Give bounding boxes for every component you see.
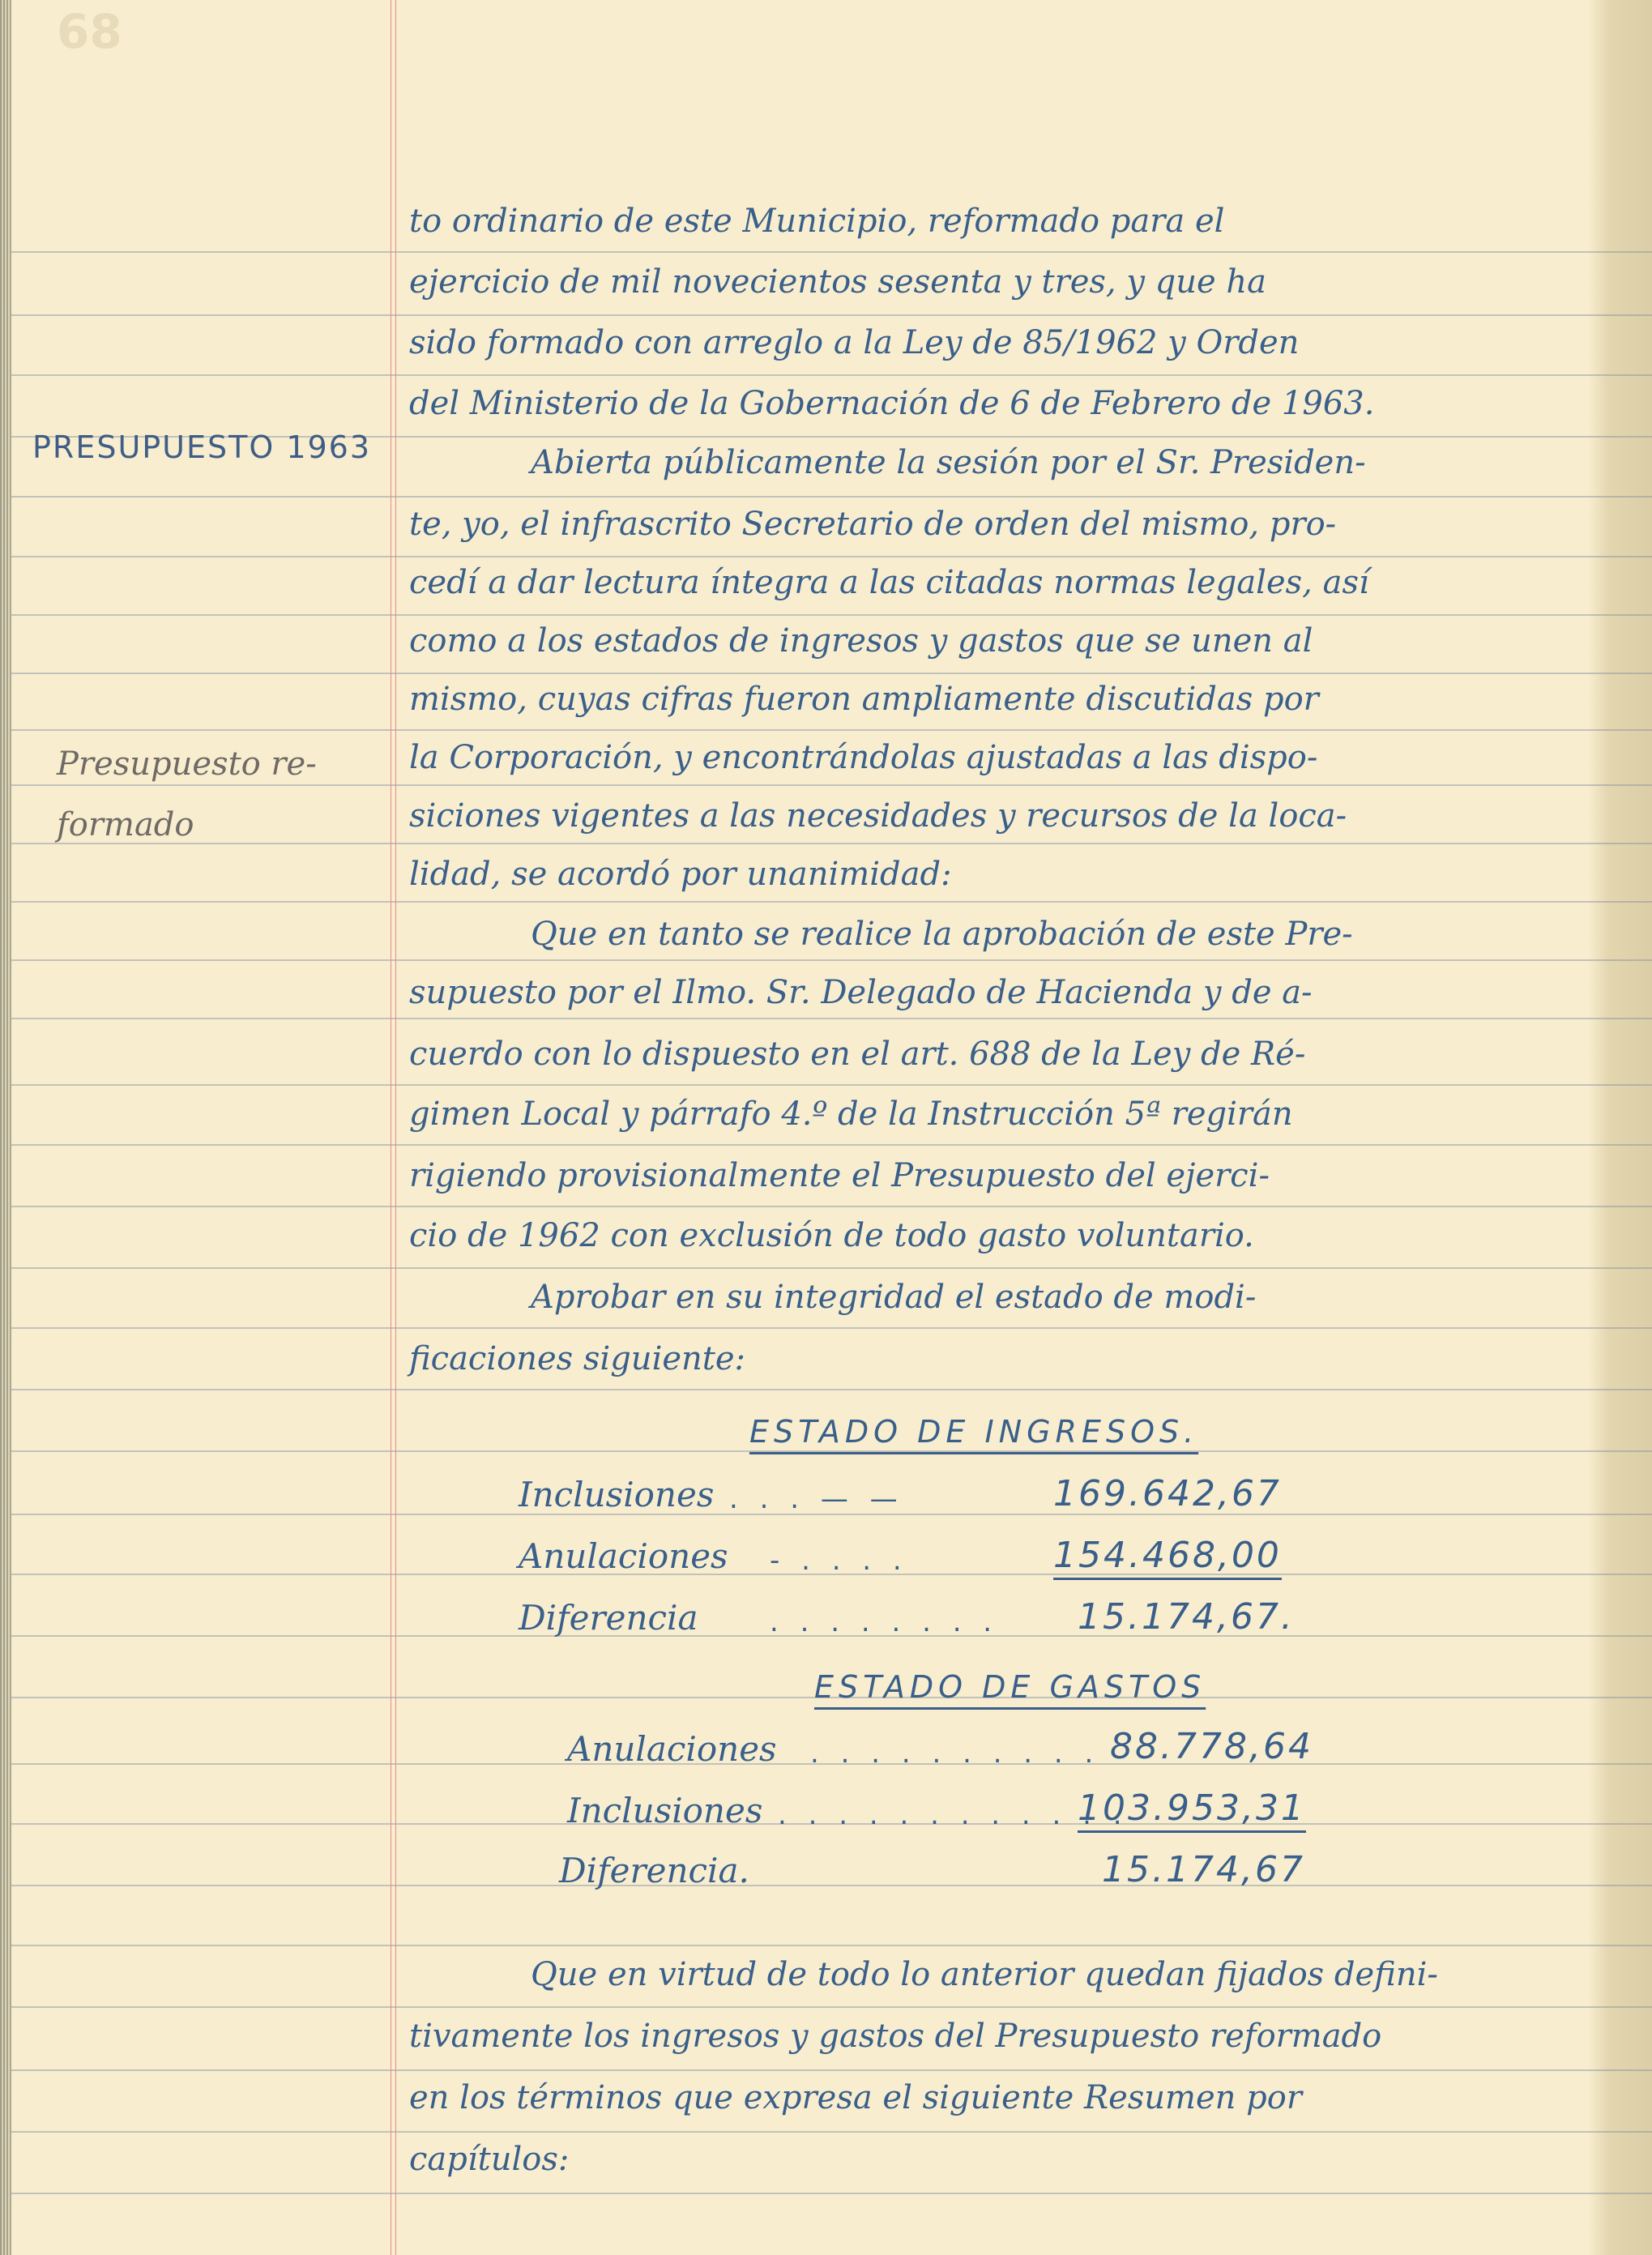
leader-dots: . . . . . . . . . . . . [778,1799,1129,1831]
text-line: lidad, se acordó por unanimidad: [409,856,952,893]
text-line: cio de 1962 con exclusión de todo gasto … [409,1217,1254,1254]
text-line: mismo, cuyas cifras fueron ampliamente d… [409,681,1319,718]
ruled-line [11,614,1652,616]
ingresos-value: 169.642,67 [1053,1473,1282,1514]
gastos-label: Diferencia. [559,1851,749,1890]
text-line: to ordinario de este Municipio, reformad… [409,203,1224,240]
bleed-through-page-number: 68 [57,4,122,59]
ruled-line [11,901,1652,903]
text-line: Que en virtud de todo lo anterior quedan… [409,1956,1438,1993]
text-line: cuerdo con lo dispuesto en el art. 688 d… [409,1036,1305,1073]
margin-rule [395,0,396,2255]
ruled-line [11,1267,1652,1269]
text-line: ficaciones siguiente: [409,1340,745,1377]
ruled-line [11,374,1652,376]
margin-rule [391,0,391,2255]
gastos-value: 103.953,31 [1078,1787,1306,1833]
ruled-line [11,1144,1652,1146]
leader-dots: - . . . . [770,1544,908,1577]
ledger-page: 68 PRESUPUESTO 1963 Presupuesto re- form… [0,0,1652,2255]
ruled-line [11,2006,1652,2008]
text-line: la Corporación, y encontrándolas ajustad… [409,739,1317,776]
ruled-line [11,1389,1652,1390]
text-line: Abierta públicamente la sesión por el Sr… [409,444,1366,481]
text-line: cedí a dar lectura íntegra a las citadas… [409,564,1369,601]
ruled-line [11,1450,1652,1452]
text-line: gimen Local y párrafo 4.º de la Instrucc… [409,1095,1293,1133]
text-line: Aprobar en su integridad el estado de mo… [409,1279,1256,1316]
ruled-line [11,2193,1652,2194]
ingresos-label: Diferencia [519,1598,698,1638]
ingresos-label: Inclusiones [519,1475,714,1514]
ruled-line [11,959,1652,961]
ruled-line [11,2131,1652,2133]
text-line: tivamente los ingresos y gastos del Pres… [409,2018,1381,2055]
ruled-line [11,1018,1652,1019]
text-line: capítulos: [409,2141,569,2178]
ruled-line [11,314,1652,316]
text-line: siciones vigentes a las necesidades y re… [409,797,1347,835]
text-line: en los términos que expresa el siguiente… [409,2079,1302,2116]
ruled-line [11,556,1652,557]
gastos-value: 15.174,67 [1102,1849,1305,1890]
text-line: del Ministerio de la Gobernación de 6 de… [409,385,1374,422]
ruled-line [11,1945,1652,1946]
ruled-line [11,1327,1652,1329]
margin-title: PRESUPUESTO 1963 [32,429,371,465]
ingresos-label: Anulaciones [519,1536,728,1576]
text-line: Que en tanto se realice la aprobación de… [409,916,1353,953]
ruled-line [11,729,1652,731]
text-line: sido formado con arreglo a la Ley de 85/… [409,324,1299,361]
estado-ingresos-heading: ESTADO DE INGRESOS. [749,1414,1198,1450]
ingresos-value: 15.174,67. [1078,1596,1295,1638]
ruled-line [11,496,1652,498]
text-line: ejercicio de mil novecientos sesenta y t… [409,263,1266,301]
ruled-line [11,673,1652,674]
margin-subject-line1: Presupuesto re- [57,745,317,783]
leader-dots: . . . . . . . . [770,1606,998,1638]
leader-dots: . . . . . . . . . . [810,1737,1099,1770]
gastos-label: Anulaciones [567,1729,777,1769]
leader-dots: . . . — — [729,1483,904,1515]
margin-subject-line2: formado [57,806,194,843]
ruled-line [11,251,1652,253]
ruled-line [11,843,1652,844]
ruled-line [11,784,1652,786]
ruled-line [11,1206,1652,1207]
text-line: te, yo, el infrascrito Secretario de ord… [409,506,1336,543]
ruled-line [11,1885,1652,1886]
book-binding [0,0,11,2255]
estado-gastos-heading: ESTADO DE GASTOS [814,1669,1206,1705]
gastos-value: 88.778,64 [1110,1726,1313,1767]
ruled-line [11,1084,1652,1086]
text-line: como a los estados de ingresos y gastos … [409,622,1313,660]
ruled-line [11,2069,1652,2071]
text-line: rigiendo provisionalmente el Presupuesto… [409,1157,1270,1194]
ingresos-value: 154.468,00 [1053,1535,1282,1580]
gastos-label: Inclusiones [567,1791,762,1830]
text-line: supuesto por el Ilmo. Sr. Delegado de Ha… [409,974,1313,1011]
